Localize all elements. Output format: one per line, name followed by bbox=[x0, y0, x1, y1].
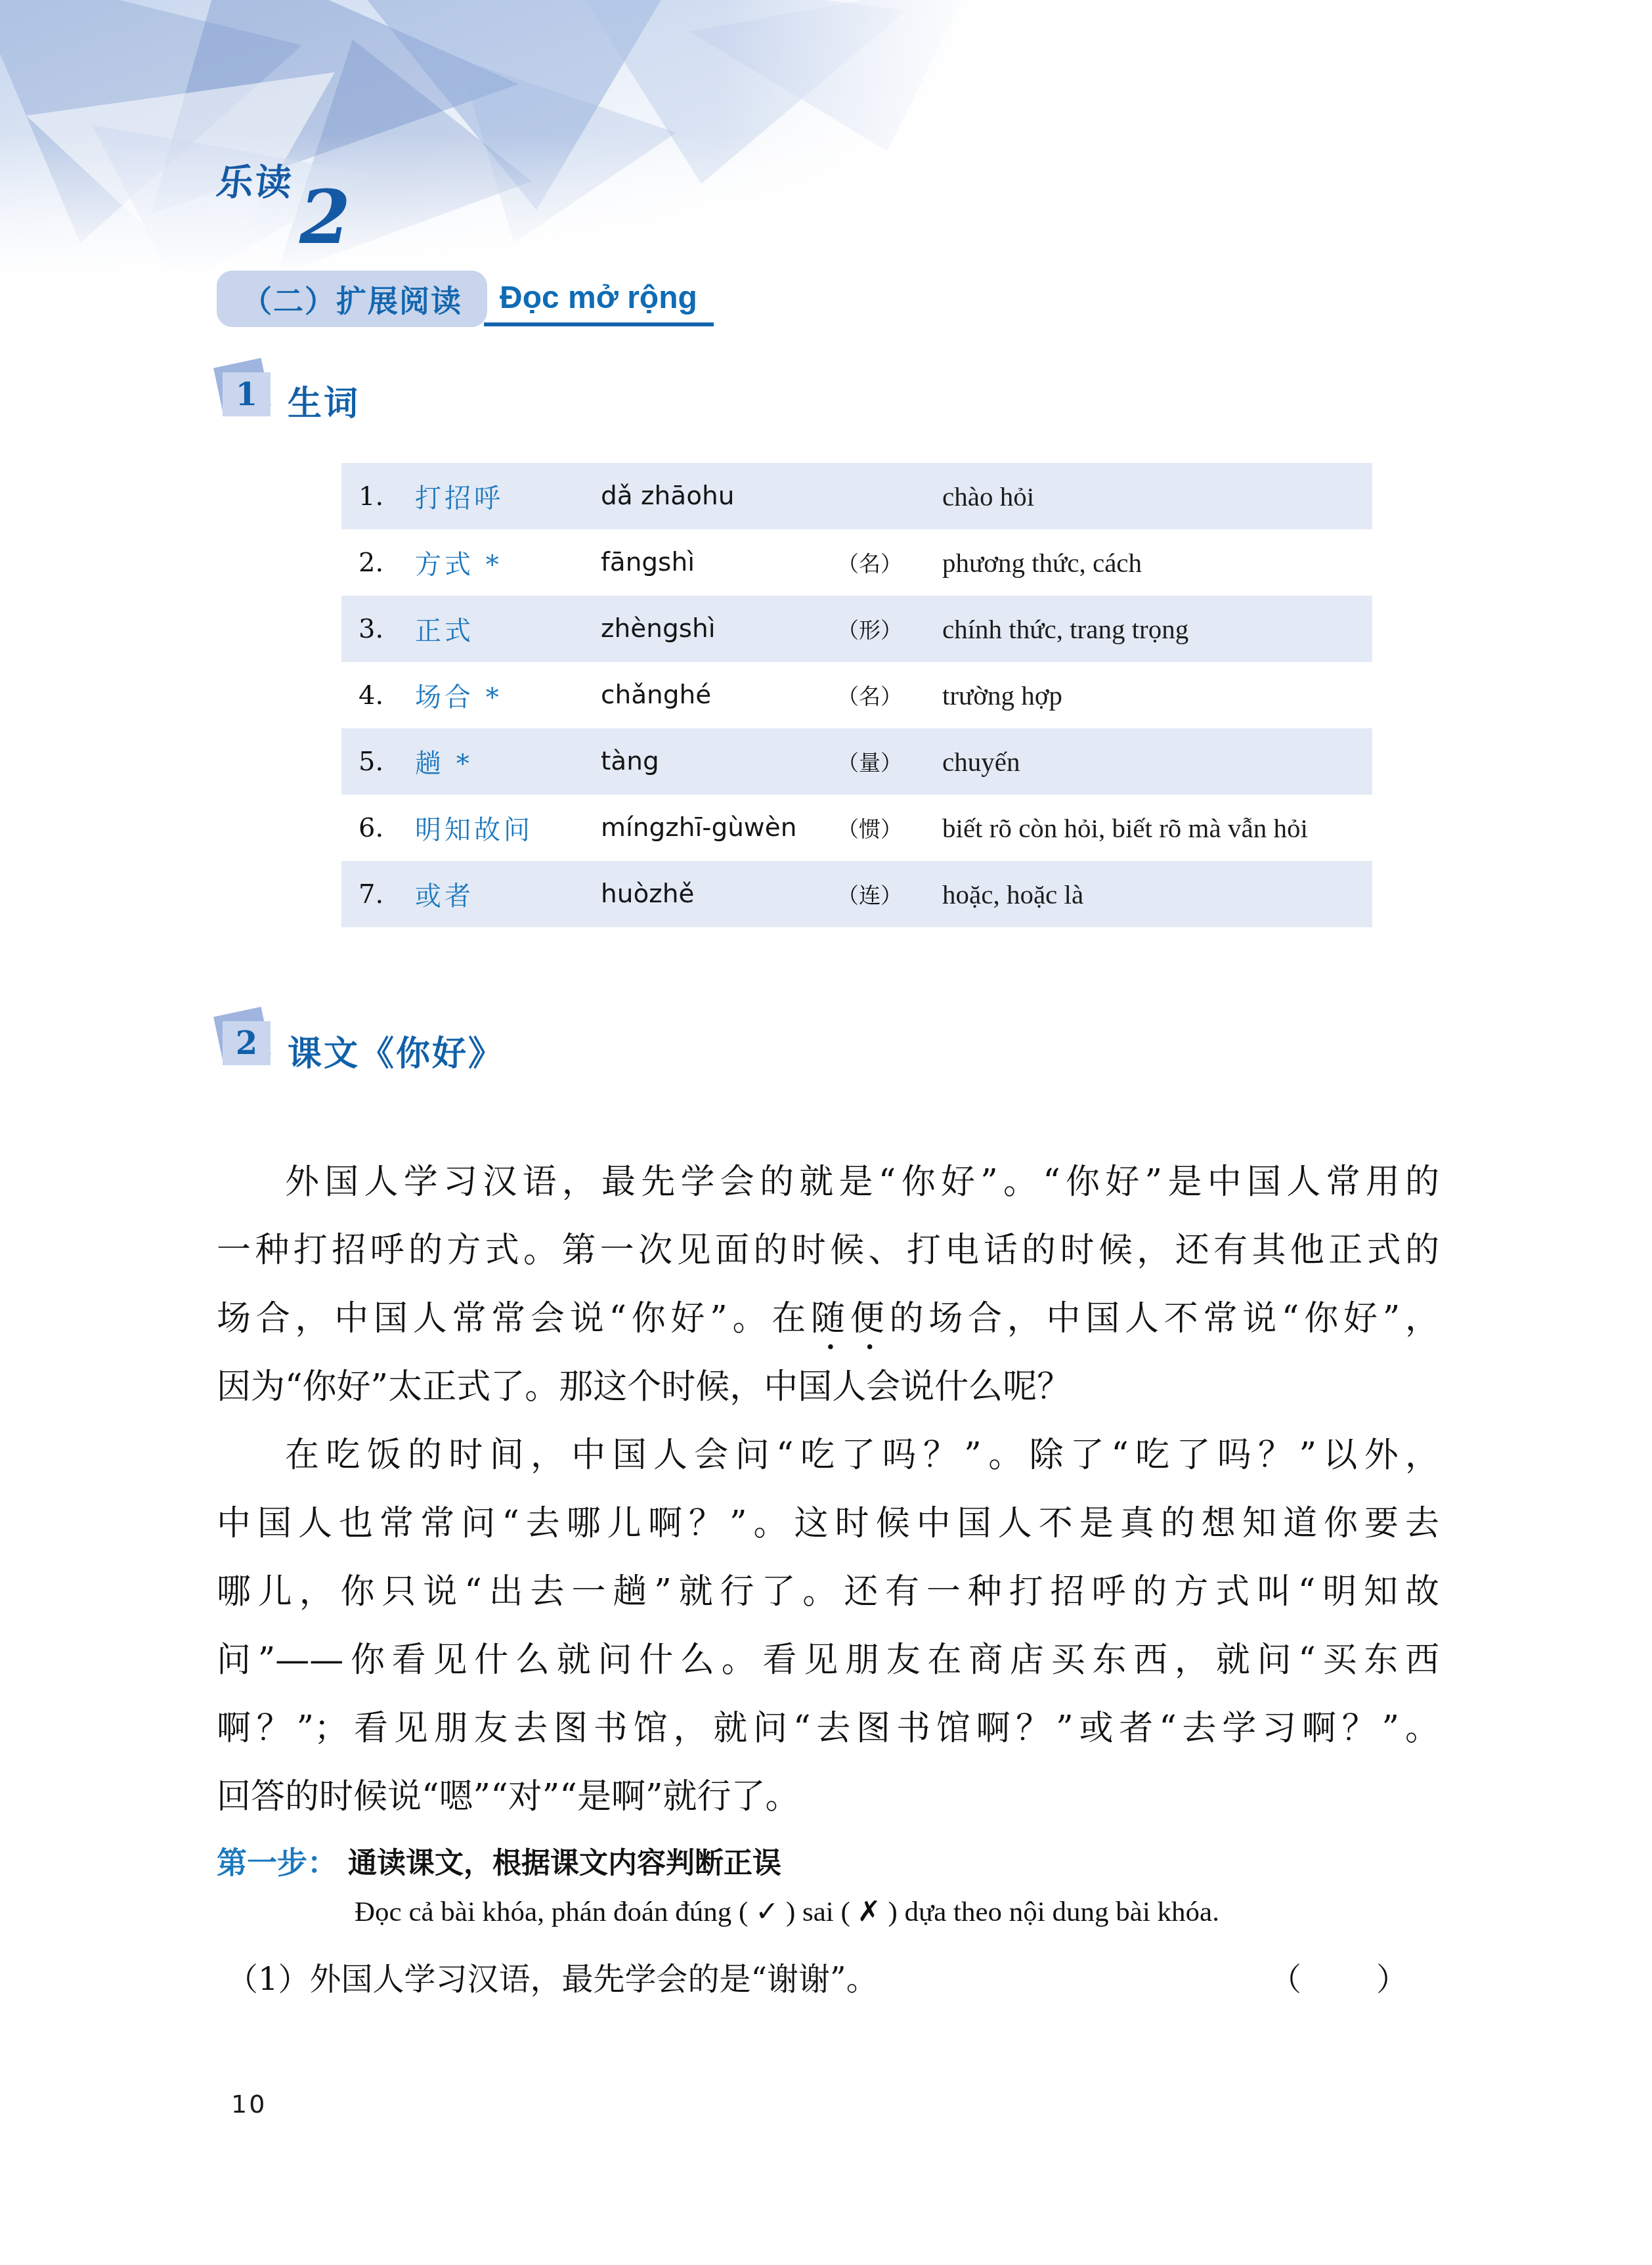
vocab-part-of-speech: （名） bbox=[837, 547, 942, 578]
passage-text: 啊？”；看见朋友去图书馆，就问“去图书馆啊？”或者“去学习啊？”。 bbox=[217, 1709, 1439, 1748]
passage-text: 场合，中国人常常会说“你好”。在 bbox=[217, 1299, 811, 1338]
vocab-row: 7. 或者 huòzhě （连） hoặc, hoặc là bbox=[341, 861, 1372, 927]
vocab-word-chinese: 明知故问 bbox=[415, 809, 601, 847]
vocab-row: 6. 明知故问 míngzhī-gùwèn （惯） biết rõ còn hỏ… bbox=[341, 795, 1372, 861]
deco-triangle bbox=[565, 0, 906, 184]
passage-text: 在吃饭的时间，中国人会问“吃了吗？”。除了“吃了吗？”以外， bbox=[285, 1436, 1439, 1475]
question-sentence: 外国人学习汉语，最先学会的是“谢谢”。 bbox=[310, 1961, 878, 1998]
brand-logo-number: 2 bbox=[299, 181, 351, 255]
vocab-meaning-vietnamese: hoặc, hoặc là bbox=[942, 879, 1372, 910]
step-instruction-chinese: 通读课文，根据课文内容判断正误 bbox=[348, 1839, 781, 1881]
vocab-part-of-speech: （形） bbox=[837, 613, 942, 644]
section-2-number: 2 bbox=[236, 1025, 257, 1062]
vocab-number: 1. bbox=[341, 481, 415, 512]
vocab-number: 4. bbox=[341, 680, 415, 711]
passage-text: 问”——你看见什么就问什么。看见朋友在商店买东西，就问“买东西 bbox=[217, 1640, 1439, 1680]
vocab-row: 1. 打招呼 dǎ zhāohu chào hỏi bbox=[341, 463, 1372, 529]
section-1-title: 生词 bbox=[288, 376, 360, 425]
passage-line: 哪儿，你只说“出去一趟”就行了。还有一种打招呼的方式叫“明知故 bbox=[217, 1558, 1439, 1626]
question-number: （1） bbox=[227, 1961, 310, 1998]
deco-triangle bbox=[460, 59, 676, 243]
vocab-part-of-speech: （连） bbox=[837, 879, 942, 910]
vocab-table: 1. 打招呼 dǎ zhāohu chào hỏi 2. 方式 * fāngsh… bbox=[341, 463, 1372, 927]
section-header-underline bbox=[484, 322, 714, 326]
vocab-part-of-speech: （量） bbox=[837, 746, 942, 777]
step-label: 第一步： bbox=[217, 1839, 337, 1882]
section-header-vietnamese: Đọc mở rộng bbox=[484, 271, 697, 324]
vocab-word-chinese: 或者 bbox=[415, 875, 601, 913]
vocab-number: 3. bbox=[341, 614, 415, 644]
question-text: （1）外国人学习汉语，最先学会的是“谢谢”。 bbox=[227, 1954, 878, 1999]
passage-line: 回答的时候说“嗯”“对”“是啊”就行了。 bbox=[217, 1763, 1439, 1831]
deco-gradient bbox=[0, 0, 998, 296]
passage-line: 因为“你好”太正式了。那这个时候，中国人会说什么呢？ bbox=[217, 1353, 1439, 1421]
vocab-row: 3. 正式 zhèngshì （形） chính thức, trang trọ… bbox=[341, 596, 1372, 662]
vocab-pinyin: chǎnghé bbox=[601, 680, 837, 710]
passage-text: 回答的时候说“嗯”“对”“是啊”就行了。 bbox=[217, 1777, 800, 1816]
vocab-pinyin: míngzhī-gùwèn bbox=[601, 813, 837, 843]
passage-text: 外国人学习汉语，最先学会的就是“你好”。“你好”是中国人常用的 bbox=[285, 1162, 1439, 1202]
passage-line: 一种打招呼的方式。第一次见面的时候、打电话的时候，还有其他正式的 bbox=[217, 1216, 1439, 1285]
passage-line: 在吃饭的时间，中国人会问“吃了吗？”。除了“吃了吗？”以外， bbox=[217, 1421, 1439, 1489]
deco-triangle bbox=[689, 0, 972, 151]
answer-parentheses: （ ） bbox=[1270, 1954, 1412, 1999]
vocab-meaning-vietnamese: trường hợp bbox=[942, 680, 1372, 711]
passage-text: 中国人也常常问“去哪儿啊？”。这时候中国人不是真的想知道你要去 bbox=[217, 1504, 1439, 1543]
section-1-number: 1 bbox=[236, 376, 257, 413]
section-2-title: 课文《你好》 bbox=[288, 1026, 504, 1075]
vocab-number: 2. bbox=[341, 548, 415, 578]
vocab-part-of-speech: （惯） bbox=[837, 812, 942, 843]
vocab-pinyin: huòzhě bbox=[601, 879, 837, 909]
question-row: （1）外国人学习汉语，最先学会的是“谢谢”。 （ ） bbox=[227, 1954, 1412, 1999]
vocab-number: 7. bbox=[341, 879, 415, 910]
page-number: 10 bbox=[231, 2090, 267, 2119]
brand-logo: 乐读 2 bbox=[217, 164, 351, 255]
brand-logo-text: 乐读 bbox=[215, 164, 295, 201]
step-instruction-vietnamese: Đọc cả bài khóa, phán đoán đúng ( ✓ ) sa… bbox=[355, 1895, 1219, 1928]
step-instruction: 第一步： 通读课文，根据课文内容判断正误 bbox=[217, 1839, 781, 1882]
badge-front-box: 2 bbox=[223, 1021, 271, 1065]
passage-line: 啊？”；看见朋友去图书馆，就问“去图书馆啊？”或者“去学习啊？”。 bbox=[217, 1694, 1439, 1763]
reading-passage: 外国人学习汉语，最先学会的就是“你好”。“你好”是中国人常用的一种打招呼的方式。… bbox=[217, 1148, 1439, 1831]
vocab-part-of-speech: （名） bbox=[837, 680, 942, 711]
section-1-badge: 1 bbox=[218, 363, 280, 425]
passage-text: 哪儿，你只说“出去一趟”就行了。还有一种打招呼的方式叫“明知故 bbox=[217, 1572, 1439, 1612]
section-2-badge: 2 bbox=[218, 1011, 280, 1074]
vocab-pinyin: fāngshì bbox=[601, 548, 837, 577]
passage-text: 因为“你好”太正式了。那这个时候，中国人会说什么呢？ bbox=[217, 1367, 1071, 1407]
vocab-row: 2. 方式 * fāngshì （名） phương thức, cách bbox=[341, 529, 1372, 596]
vocab-pinyin: tàng bbox=[601, 747, 837, 776]
vocab-meaning-vietnamese: biết rõ còn hỏi, biết rõ mà vẫn hỏi bbox=[942, 812, 1372, 844]
vocab-meaning-vietnamese: chính thức, trang trọng bbox=[942, 613, 1372, 645]
passage-line: 中国人也常常问“去哪儿啊？”。这时候中国人不是真的想知道你要去 bbox=[217, 1489, 1439, 1558]
passage-line: 问”——你看见什么就问什么。看见朋友在商店买东西，就问“买东西 bbox=[217, 1626, 1439, 1694]
vocab-row: 5. 趟 * tàng （量） chuyến bbox=[341, 728, 1372, 795]
vocab-meaning-vietnamese: phương thức, cách bbox=[942, 547, 1372, 579]
vocab-pinyin: dǎ zhāohu bbox=[601, 481, 837, 511]
passage-text: 的场合，中国人不常说“你好”， bbox=[889, 1299, 1439, 1338]
vocab-number: 6. bbox=[341, 813, 415, 843]
vocab-word-chinese: 场合 * bbox=[415, 676, 601, 714]
vocab-meaning-vietnamese: chào hỏi bbox=[942, 481, 1372, 512]
vocab-row: 4. 场合 * chǎnghé （名） trường hợp bbox=[341, 662, 1372, 728]
passage-line: 外国人学习汉语，最先学会的就是“你好”。“你好”是中国人常用的 bbox=[217, 1148, 1439, 1216]
deco-triangle bbox=[341, 0, 696, 210]
section-header-chinese: （二）扩展阅读 bbox=[242, 277, 462, 320]
vocab-pinyin: zhèngshì bbox=[601, 614, 837, 644]
vocab-word-chinese: 正式 bbox=[415, 610, 601, 648]
vocab-word-chinese: 打招呼 bbox=[415, 477, 601, 515]
badge-front-box: 1 bbox=[223, 372, 271, 416]
decorative-polygon-background bbox=[0, 0, 998, 296]
textbook-page: 乐读 2 （二）扩展阅读 Đọc mở rộng 1 生词 1. 打招呼 dǎ … bbox=[0, 0, 1652, 2265]
section-header-pill: （二）扩展阅读 bbox=[217, 271, 487, 327]
vocab-word-chinese: 方式 * bbox=[415, 544, 601, 581]
passage-line: 场合，中国人常常会说“你好”。在随便的场合，中国人不常说“你好”， bbox=[217, 1285, 1439, 1353]
vocab-word-chinese: 趟 * bbox=[415, 743, 601, 780]
passage-text: 一种打招呼的方式。第一次见面的时候、打电话的时候，还有其他正式的 bbox=[217, 1231, 1439, 1270]
deco-fade-overlay bbox=[0, 0, 998, 296]
vocab-number: 5. bbox=[341, 747, 415, 777]
emphasized-text: 随便 bbox=[811, 1299, 889, 1338]
vocab-meaning-vietnamese: chuyến bbox=[942, 746, 1372, 778]
